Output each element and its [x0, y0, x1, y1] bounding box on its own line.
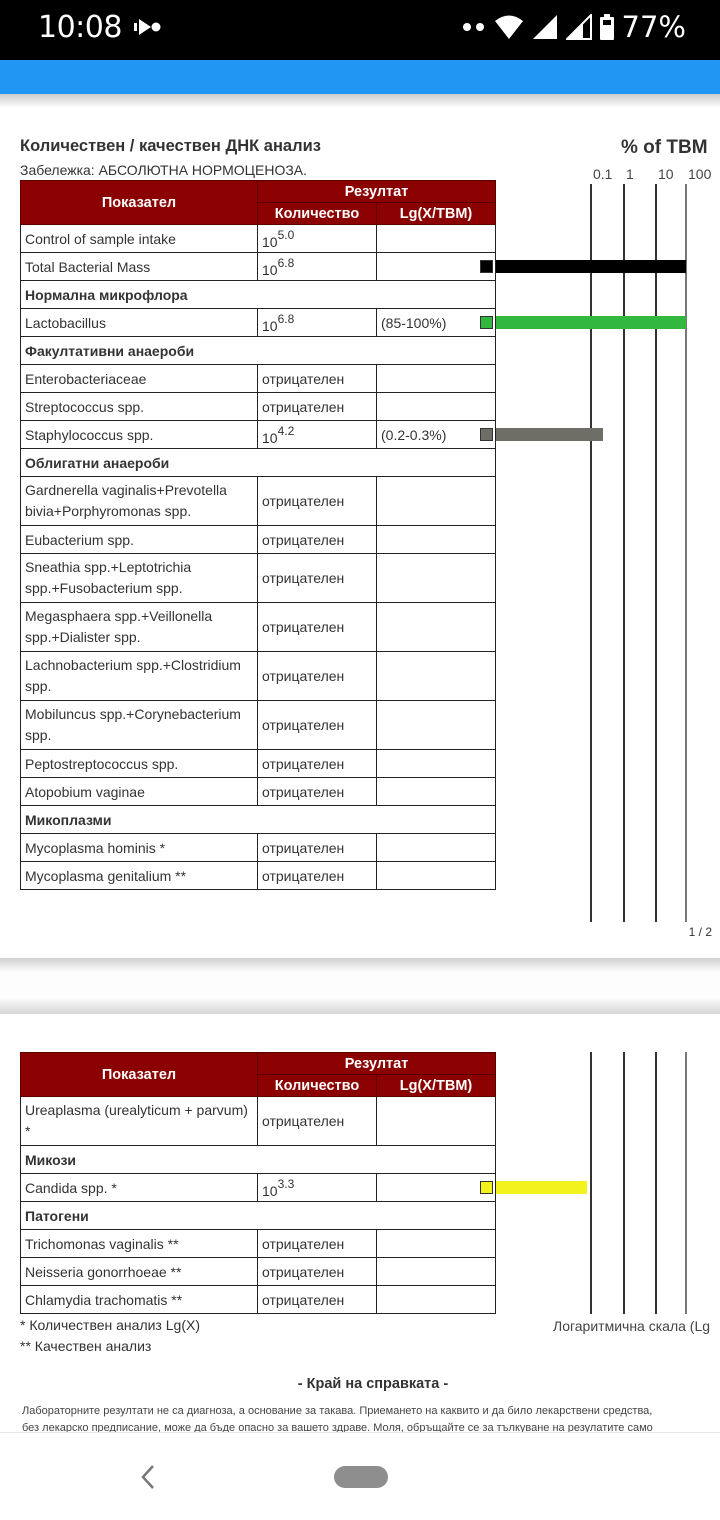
table-row: Sneathia spp.+Leptotrichia spp.+Fusobact… — [21, 554, 496, 603]
quantity-value: отрицателен — [258, 554, 377, 603]
navigation-bar — [0, 1432, 720, 1520]
indicator-name: Atopobium vaginae — [21, 778, 258, 806]
header-result: Резултат — [258, 1053, 496, 1075]
gridline — [590, 1052, 592, 1314]
quantity-exponent: 6.8 — [278, 256, 295, 270]
battery-percent: 77% — [622, 10, 686, 44]
legend-swatch-icon — [480, 428, 493, 441]
lg-value — [377, 554, 496, 603]
indicator-name: Sneathia spp.+Leptotrichia spp.+Fusobact… — [21, 554, 258, 603]
quantity-value: отрицателен — [258, 1286, 377, 1314]
status-icons: 77% — [462, 10, 686, 44]
indicator-name: Peptostreptococcus spp. — [21, 750, 258, 778]
quantity-base: 10 — [262, 1183, 278, 1199]
table-row: Peptostreptococcus spp.отрицателен — [21, 750, 496, 778]
footnote-qualitative: ** Качествен анализ — [20, 1338, 151, 1354]
header-lg: Lg(X/TBM) — [377, 203, 496, 225]
header-lg: Lg(X/TBM) — [377, 1075, 496, 1097]
report-page-1[interactable]: Количествен / качествен ДНК анализ Забел… — [0, 108, 720, 958]
report-page-2[interactable]: Показател Резултат Количество Lg(X/TBM) … — [0, 1014, 720, 1434]
indicator-name: Staphylococcus spp. — [21, 421, 258, 449]
lg-value — [377, 652, 496, 701]
page-number: 1 / 2 — [689, 925, 712, 939]
quantity-value: отрицателен — [258, 750, 377, 778]
quantity-exponent: 6.8 — [278, 312, 295, 326]
table-row: Mycoplasma genitalium **отрицателен — [21, 862, 496, 890]
lg-value — [377, 701, 496, 750]
table-row: Trichomonas vaginalis **отрицателен — [21, 1230, 496, 1258]
app-bar — [0, 60, 720, 94]
quantity-exponent: 4.2 — [278, 424, 295, 438]
battery-icon — [600, 14, 614, 40]
quantity-value: 106.8 — [258, 253, 377, 281]
tick-label: 10 — [658, 166, 674, 182]
table-row: Megasphaera spp.+Veillonella spp.+Dialis… — [21, 603, 496, 652]
gridline — [623, 1052, 625, 1314]
gridline — [623, 184, 625, 922]
table-row: Ureaplasma (urealyticum + parvum) *отриц… — [21, 1097, 496, 1146]
chart-bar — [496, 316, 686, 329]
category-label: Микоплазми — [21, 806, 496, 834]
home-button[interactable] — [334, 1466, 388, 1488]
footnote-quantitative: * Количествен анализ Lg(X) — [20, 1317, 200, 1333]
signal-icon — [532, 14, 558, 40]
indicator-name: Lactobacillus — [21, 309, 258, 337]
header-quantity: Количество — [258, 203, 377, 225]
quantity-value: 105.0 — [258, 225, 377, 253]
gridline — [655, 1052, 657, 1314]
quantity-value: 106.8 — [258, 309, 377, 337]
quantity-value: отрицателен — [258, 393, 377, 421]
category-label: Патогени — [21, 1202, 496, 1230]
table-row: Enterobacteriaceaeотрицателен — [21, 365, 496, 393]
quantity-value: отрицателен — [258, 652, 377, 701]
lg-value — [377, 834, 496, 862]
tick-label: 1 — [626, 166, 634, 182]
status-time: 10:08 — [38, 10, 122, 45]
end-of-report: - Край на справката - — [0, 1376, 720, 1392]
tick-label: 0.1 — [593, 166, 612, 182]
quantity-base: 10 — [262, 318, 278, 334]
results-table: Показател Резултат Количество Lg(X/TBM) … — [20, 180, 496, 890]
table-row: Chlamydia trachomatis **отрицателен — [21, 1286, 496, 1314]
log-scale-label: Логаритмична скала (Lg — [553, 1318, 710, 1334]
page-separator — [0, 958, 720, 1014]
chart-bar — [496, 428, 603, 441]
indicator-name: Neisseria gonorrhoeae ** — [21, 1258, 258, 1286]
quantity-value: отрицателен — [258, 778, 377, 806]
indicator-name: Eubacterium spp. — [21, 526, 258, 554]
lg-value — [377, 750, 496, 778]
lg-value: (85-100%) — [377, 309, 496, 337]
chart-title: % of TBM — [621, 137, 708, 159]
indicator-name: Streptococcus spp. — [21, 393, 258, 421]
lg-value — [377, 1230, 496, 1258]
lg-value — [377, 1097, 496, 1146]
lg-value: (0.2-0.3%) — [377, 421, 496, 449]
quantity-base: 10 — [262, 430, 278, 446]
table-row: Control of sample intake105.0 — [21, 225, 496, 253]
indicator-name: Mycoplasma hominis * — [21, 834, 258, 862]
lg-value — [377, 862, 496, 890]
quantity-value: отрицателен — [258, 1097, 377, 1146]
table-row: Total Bacterial Mass106.8 — [21, 253, 496, 281]
table-row: Streptococcus spp.отрицателен — [21, 393, 496, 421]
indicator-name: Ureaplasma (urealyticum + parvum) * — [21, 1097, 258, 1146]
category-row: Факултативни анаероби — [21, 337, 496, 365]
header-quantity: Количество — [258, 1075, 377, 1097]
app-bar-shadow — [0, 94, 720, 108]
quantity-exponent: 5.0 — [278, 228, 295, 242]
report-title: Количествен / качествен ДНК анализ — [20, 137, 321, 156]
gridline — [685, 1052, 687, 1314]
lg-value — [377, 778, 496, 806]
disclaimer-line-1: Лабораторните резултати не са диагноза, … — [22, 1403, 720, 1420]
lg-value — [377, 253, 496, 281]
quantity-value: отрицателен — [258, 701, 377, 750]
status-bar: 10:08 77% — [0, 0, 720, 60]
category-label: Облигатни анаероби — [21, 449, 496, 477]
category-row: Облигатни анаероби — [21, 449, 496, 477]
quantity-value: 103.3 — [258, 1174, 377, 1202]
gridline — [685, 184, 687, 922]
indicator-name: Total Bacterial Mass — [21, 253, 258, 281]
table-row: Candida spp. *103.3 — [21, 1174, 496, 1202]
table-row: Lachnobacterium spp.+Clostridium spp.отр… — [21, 652, 496, 701]
header-indicator: Показател — [21, 1053, 258, 1097]
indicator-name: Enterobacteriaceae — [21, 365, 258, 393]
wifi-icon — [494, 14, 524, 40]
table-row: Staphylococcus spp.104.2(0.2-0.3%) — [21, 421, 496, 449]
table-row: Lactobacillus106.8(85-100%) — [21, 309, 496, 337]
quantity-exponent: 3.3 — [278, 1177, 295, 1191]
category-label: Микози — [21, 1146, 496, 1174]
quantity-value: отрицателен — [258, 862, 377, 890]
quantity-value: 104.2 — [258, 421, 377, 449]
indicator-name: Control of sample intake — [21, 225, 258, 253]
category-label: Нормална микрофлора — [21, 281, 496, 309]
legend-swatch-icon — [480, 260, 493, 273]
category-row: Микоплазми — [21, 806, 496, 834]
quantity-base: 10 — [262, 234, 278, 250]
header-indicator: Показател — [21, 181, 258, 225]
report-note: Забележка: АБСОЛЮТНА НОРМОЦЕНОЗА. — [20, 162, 307, 178]
gridline — [655, 184, 657, 922]
indicator-name: Megasphaera spp.+Veillonella spp.+Dialis… — [21, 603, 258, 652]
table-row: Neisseria gonorrhoeae **отрицателен — [21, 1258, 496, 1286]
lg-value — [377, 1286, 496, 1314]
lg-text: (85-100%) — [381, 315, 446, 331]
quantity-value: отрицателен — [258, 1230, 377, 1258]
category-label: Факултативни анаероби — [21, 337, 496, 365]
quantity-value: отрицателен — [258, 603, 377, 652]
cast-icon — [134, 16, 162, 38]
legend-swatch-icon — [480, 316, 493, 329]
quantity-base: 10 — [262, 262, 278, 278]
category-row: Микози — [21, 1146, 496, 1174]
chart-bar — [496, 1181, 587, 1194]
results-table-2: Показател Резултат Количество Lg(X/TBM) … — [20, 1052, 496, 1314]
table-row: Gardnerella vaginalis+Prevotella bivia+P… — [21, 477, 496, 526]
indicator-name: Gardnerella vaginalis+Prevotella bivia+P… — [21, 477, 258, 526]
table-row: Mycoplasma hominis *отрицателен — [21, 834, 496, 862]
category-row: Нормална микрофлора — [21, 281, 496, 309]
legend-swatch-icon — [480, 1181, 493, 1194]
lg-value — [377, 225, 496, 253]
lg-value — [377, 1258, 496, 1286]
header-result: Резултат — [258, 181, 496, 203]
quantity-value: отрицателен — [258, 477, 377, 526]
lg-value — [377, 477, 496, 526]
table-row: Atopobium vaginaeотрицателен — [21, 778, 496, 806]
indicator-name: Mycoplasma genitalium ** — [21, 862, 258, 890]
lg-value — [377, 526, 496, 554]
back-icon[interactable] — [138, 1463, 158, 1491]
quantity-value: отрицателен — [258, 365, 377, 393]
lg-value — [377, 603, 496, 652]
indicator-name: Mobiluncus spp.+Corynebacterium spp. — [21, 701, 258, 750]
quantity-value: отрицателен — [258, 1258, 377, 1286]
category-row: Патогени — [21, 1202, 496, 1230]
quantity-value: отрицателен — [258, 526, 377, 554]
quantity-value: отрицателен — [258, 834, 377, 862]
table-row: Eubacterium spp.отрицателен — [21, 526, 496, 554]
lg-value — [377, 393, 496, 421]
signal-icon-2 — [566, 14, 592, 40]
chart-bar — [496, 260, 686, 273]
gridline — [590, 184, 592, 922]
lg-value — [377, 365, 496, 393]
table-row: Mobiluncus spp.+Corynebacterium spp.отри… — [21, 701, 496, 750]
indicator-name: Trichomonas vaginalis ** — [21, 1230, 258, 1258]
indicator-name: Chlamydia trachomatis ** — [21, 1286, 258, 1314]
tick-label: 100 — [688, 166, 711, 182]
indicator-name: Candida spp. * — [21, 1174, 258, 1202]
indicator-name: Lachnobacterium spp.+Clostridium spp. — [21, 652, 258, 701]
lg-value — [377, 1174, 496, 1202]
dots-icon — [462, 22, 486, 32]
lg-text: (0.2-0.3%) — [381, 427, 446, 443]
